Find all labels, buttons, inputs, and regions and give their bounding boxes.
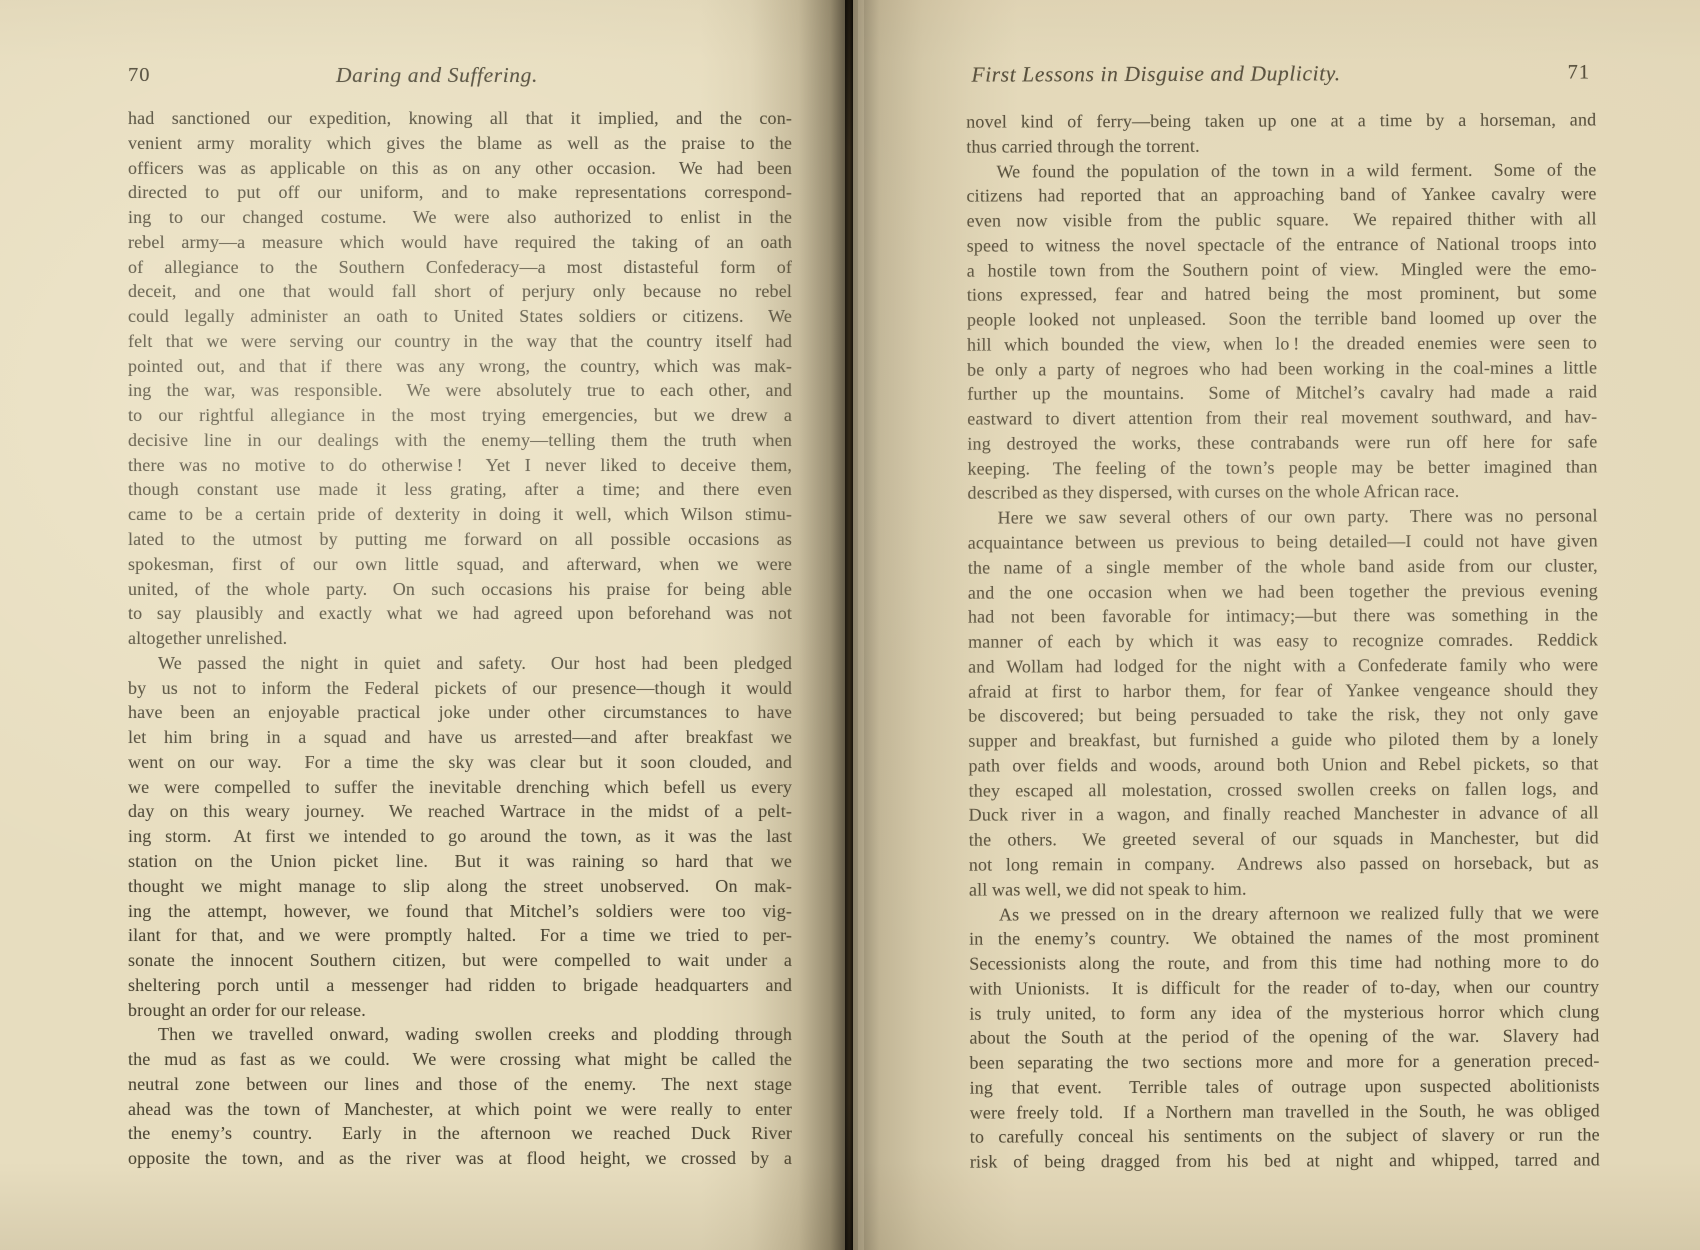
text-line: thus carried through the torrent.	[966, 132, 1596, 159]
text-line: citizens had reported that an approachin…	[966, 182, 1596, 209]
text-line: is truly united, to form any idea of the…	[969, 999, 1599, 1026]
text-line: were freely told. If a Northern man trav…	[970, 1098, 1600, 1125]
text-line: a hostile town from the Southern point o…	[967, 256, 1597, 283]
text-line: all was well, we did not speak to him.	[969, 875, 1599, 902]
text-line: afraid at first to harbor them, for fear…	[968, 677, 1598, 704]
text-line: the others. We greeted several of our sq…	[969, 826, 1599, 853]
text-line: hill which bounded the view, when lo ! t…	[967, 330, 1597, 357]
text-line: described as they dispersed, with curses…	[967, 479, 1597, 506]
right-running-head: First Lessons in Disguise and Duplicity.	[971, 61, 1340, 86]
text-line: Duck river in a wagon, and finally reach…	[969, 801, 1599, 828]
text-line: acquaintance between us previous to bein…	[968, 528, 1598, 555]
text-line: ing destroyed the works, these contraban…	[967, 429, 1597, 456]
text-line: As we pressed on in the dreary afternoon…	[969, 900, 1599, 927]
right-running-head-row: First Lessons in Disguise and Duplicity.…	[966, 60, 1596, 94]
text-line: Here we saw several others of our own pa…	[968, 504, 1598, 531]
text-line: speed to witness the novel spectacle of …	[967, 231, 1597, 258]
text-line: to carefully conceal his sentiments on t…	[970, 1123, 1600, 1150]
text-line: be discovered; but being persuaded to ta…	[968, 702, 1598, 729]
text-line: they escaped all molestation, crossed sw…	[969, 776, 1599, 803]
right-page-content: First Lessons in Disguise and Duplicity.…	[0, 0, 1700, 1250]
text-line: been separating the two sections more an…	[969, 1048, 1599, 1075]
text-line: path over fields and woods, around both …	[968, 751, 1598, 778]
text-line: manner of each by which it was easy to r…	[968, 627, 1598, 654]
text-line: people looked not unpleased. Soon the te…	[967, 306, 1597, 333]
text-line: keeping. The feeling of the town’s peopl…	[967, 454, 1597, 481]
text-line: novel kind of ferry—being taken up one a…	[966, 107, 1596, 134]
text-line: not long remain in company. Andrews also…	[969, 850, 1599, 877]
text-line: risk of being dragged from his bed at ni…	[970, 1148, 1600, 1175]
book-spread: 70 Daring and Suffering. had sanctioned …	[0, 0, 1700, 1250]
text-line: with Unionists. It is difficult for the …	[969, 974, 1599, 1001]
text-line: and the one occasion when we had been to…	[968, 578, 1598, 605]
text-line: tions expressed, fear and hatred being t…	[967, 281, 1597, 308]
text-line: had not been favorable for intimacy;—but…	[968, 603, 1598, 630]
text-line: even now visible from the public square.…	[967, 206, 1597, 233]
text-line: and Wollam had lodged for the night with…	[968, 652, 1598, 679]
right-page-number: 71	[1568, 61, 1591, 84]
text-line: the name of a single member of the whole…	[968, 553, 1598, 580]
text-line: about the South at the period of the ope…	[969, 1024, 1599, 1051]
text-line: We found the population of the town in a…	[966, 157, 1596, 184]
text-line: supper and breakfast, but furnished a gu…	[968, 727, 1598, 754]
text-line: in the enemy’s country. We obtained the …	[969, 925, 1599, 952]
text-line: ing that event. Terrible tales of outrag…	[970, 1073, 1600, 1100]
text-line: eastward to divert attention from their …	[967, 405, 1597, 432]
text-line: be only a party of negroes who had been …	[967, 355, 1597, 382]
right-text-block: novel kind of ferry—being taken up one a…	[966, 107, 1600, 1174]
text-line: Secessionists along the route, and from …	[969, 949, 1599, 976]
text-line: further up the mountains. Some of Mitche…	[967, 380, 1597, 407]
